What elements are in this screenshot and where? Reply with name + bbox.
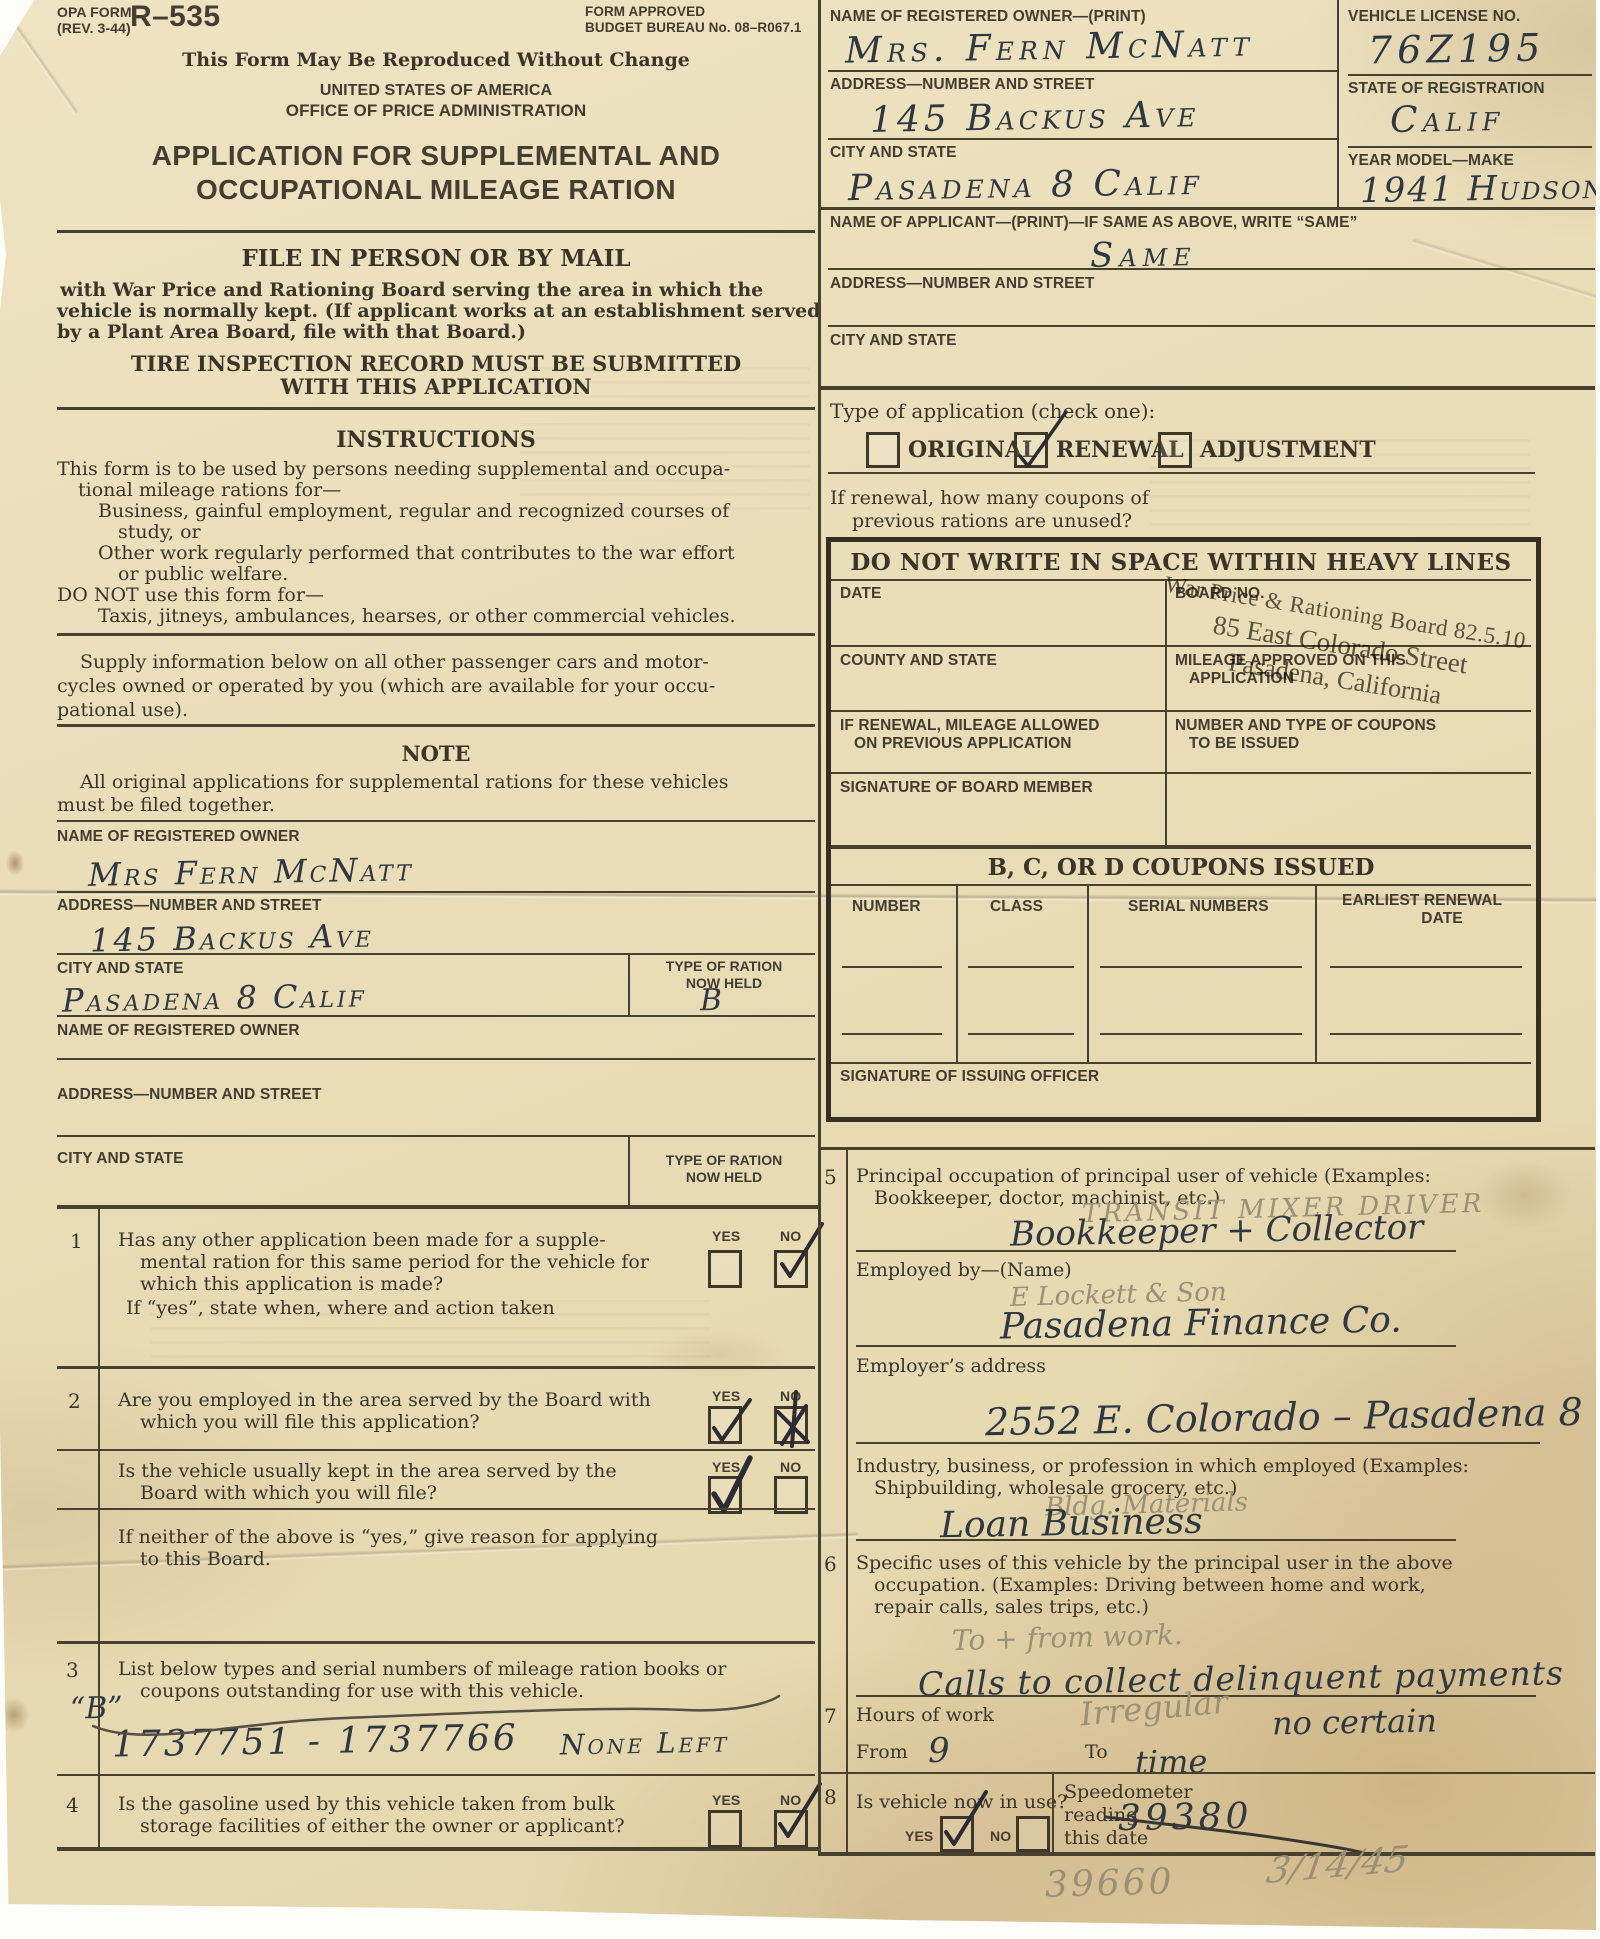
adjustment-label: ADJUSTMENT: [1200, 438, 1376, 463]
rule: [57, 820, 815, 822]
rule: [828, 268, 1595, 270]
rule: [818, 1147, 1595, 1150]
rule: [831, 1062, 1531, 1064]
renewal-mileage-label: IF RENEWAL, MILEAGE ALLOWEDON PREVIOUS A…: [840, 717, 1100, 753]
stain: [2, 845, 28, 881]
ration-label-line2: NOW HELD: [686, 975, 762, 991]
column-divider: [818, 0, 821, 1852]
q4-yes-checkbox: [708, 1810, 742, 1848]
rule: [1100, 966, 1302, 968]
q6-pencil-handwriting: To + from work.: [952, 1621, 1183, 1655]
applicant-name-label: NAME OF APPLICANT—(PRINT)—IF SAME AS ABO…: [830, 214, 1357, 232]
q5-ink-handwriting: Bookkeeper + Collector: [1010, 1210, 1424, 1251]
q1-yes-label: YES: [712, 1228, 740, 1244]
owner1-address-label: ADDRESS—NUMBER AND STREET: [57, 897, 322, 915]
q6-ink-handwriting: Calls to collect delinquent payments: [918, 1656, 1564, 1700]
file-line2: vehicle is normally kept. (If applicant …: [57, 301, 820, 323]
rule: [818, 1772, 1595, 1774]
owner1-city-label: CITY AND STATE: [57, 960, 184, 978]
paper-edge: [0, 1896, 1600, 1939]
instructions-line: Business, gainful employment, regular an…: [98, 501, 729, 522]
q2-number: 2: [68, 1390, 81, 1412]
rule: [856, 1345, 1456, 1347]
coupons-to-issue-line1: NUMBER AND TYPE OF COUPONS: [1175, 717, 1436, 734]
q7-to-label: To: [1085, 1742, 1108, 1763]
rule: [818, 386, 1595, 390]
tire-line1: TIRE INSPECTION RECORD MUST BE SUBMITTED: [57, 352, 815, 376]
fold-crease: [1412, 237, 1600, 305]
applicant-city-label: CITY AND STATE: [830, 332, 957, 350]
tire-line2: WITH THIS APPLICATION: [57, 375, 815, 399]
rule: [57, 1366, 815, 1369]
q4-line2: storage facilities of either the owner o…: [140, 1816, 625, 1837]
supply-line1: Supply information below on all other pa…: [80, 652, 709, 673]
renewal-mileage-line1: IF RENEWAL, MILEAGE ALLOWED: [840, 717, 1100, 734]
q6-line2: occupation. (Examples: Driving between h…: [874, 1575, 1426, 1596]
q2c-line1: If neither of the above is “yes,” give r…: [118, 1527, 658, 1548]
vehicle-license-label: VEHICLE LICENSE NO.: [1348, 8, 1520, 26]
q4-line1: Is the gasoline used by this vehicle tak…: [118, 1794, 615, 1815]
instructions-line: DO NOT use this form for—: [57, 585, 324, 606]
instructions-line: This form is to be used by persons needi…: [57, 459, 730, 480]
rule: [831, 772, 1531, 774]
rule: [628, 1135, 630, 1205]
q3-line1: List below types and serial numbers of m…: [118, 1659, 726, 1680]
q2c-line2: to this Board.: [140, 1549, 271, 1570]
form-code: OPA FORM(REV. 3-44): [57, 4, 132, 36]
rule: [856, 1539, 1456, 1541]
file-line3: by a Plant Area Board, file with that Bo…: [57, 322, 526, 344]
col-renewal-line2: DATE: [1381, 910, 1462, 927]
rule: [828, 70, 1337, 72]
q1-number: 1: [70, 1230, 83, 1252]
renewal-question-line2: previous rations are unused?: [852, 511, 1132, 532]
rule: [968, 1033, 1074, 1035]
coupons-to-issue-line2: TO BE ISSUED: [1175, 735, 1299, 752]
reg-city-label: CITY AND STATE: [830, 144, 957, 162]
q2-no-scribble-icon: [770, 1384, 816, 1450]
rule: [831, 845, 1531, 849]
ration-label-line1: TYPE OF RATION: [666, 1152, 782, 1168]
footer-pencil-number: 39660: [1045, 1864, 1175, 1903]
rule: [57, 1015, 815, 1017]
q3-strike-line: [85, 1686, 785, 1766]
reproduce-note: This Form May Be Reproduced Without Chan…: [57, 50, 815, 72]
rule: [842, 1033, 942, 1035]
owner1-address-value: 145 Backus Ave: [90, 920, 374, 957]
employed-by-label: Employed by—(Name): [856, 1260, 1072, 1281]
q1-line2: mental ration for this same period for t…: [140, 1252, 649, 1273]
issuing-officer-signature-label: SIGNATURE OF ISSUING OFFICER: [840, 1068, 1099, 1086]
q3-number: 3: [66, 1659, 79, 1681]
reg-address-label: ADDRESS—NUMBER AND STREET: [830, 76, 1095, 94]
date-label: DATE: [840, 585, 881, 603]
q1-yes-checkbox: [708, 1250, 742, 1288]
renewal-mileage-line2: ON PREVIOUS APPLICATION: [840, 735, 1072, 752]
rule: [828, 472, 1535, 474]
instructions-line: tional mileage rations for—: [78, 480, 341, 501]
reg-name-label: NAME OF REGISTERED OWNER—(PRINT): [830, 8, 1146, 26]
note-line1: All original applications for supplement…: [80, 772, 729, 793]
owner1-ration-label: TYPE OF RATIONNOW HELD: [636, 958, 812, 992]
reg-city-value: Pasadena 8 Calif: [848, 165, 1203, 207]
rule: [956, 884, 958, 1062]
rule: [1330, 1033, 1522, 1035]
q4-no-checkmark-icon: [772, 1780, 824, 1844]
rule: [831, 884, 1531, 886]
q2b-line2: Board with which you will file?: [140, 1483, 437, 1504]
q1-line3: which this application is made?: [140, 1274, 443, 1295]
q5-number: 5: [824, 1166, 837, 1188]
budget-approval: FORM APPROVEDBUDGET BUREAU No. 08–R067.1: [585, 4, 802, 35]
note-line2: must be filed together.: [57, 795, 275, 816]
q7-label: Hours of work: [856, 1705, 994, 1726]
q2b-line1: Is the vehicle usually kept in the area …: [118, 1461, 617, 1482]
reg-name-value: Mrs. Fern McNatt: [845, 26, 1255, 69]
form-code-line1: OPA FORM: [57, 4, 132, 20]
note-heading: NOTE: [57, 742, 815, 766]
rule: [57, 1449, 815, 1451]
col-renewal-line1: EARLIEST RENEWAL: [1342, 892, 1502, 909]
original-checkbox: [866, 432, 900, 468]
q7-from-value: 9: [928, 1734, 950, 1768]
q4-yes-label: YES: [712, 1792, 740, 1808]
owner1-name-label: NAME OF REGISTERED OWNER: [57, 828, 300, 846]
q2-line1: Are you employed in the area served by t…: [118, 1390, 651, 1411]
rule: [842, 966, 942, 968]
employed-by-ink-handwriting: Pasadena Finance Co.: [1000, 1302, 1402, 1345]
rule: [818, 207, 1595, 210]
reg-address-value: 145 Backus Ave: [870, 97, 1200, 139]
agency-line1: UNITED STATES OF AMERICA: [57, 82, 815, 100]
rule: [57, 230, 815, 233]
rule: [57, 407, 815, 410]
file-line1: with War Price and Rationing Board servi…: [60, 280, 763, 302]
q6-line3: repair calls, sales trips, etc.): [874, 1597, 1149, 1618]
rule: [831, 710, 1531, 712]
renewal-question-line1: If renewal, how many coupons of: [830, 488, 1149, 509]
q5-line1: Principal occupation of principal user o…: [856, 1166, 1431, 1187]
q7-from-label: From: [856, 1742, 908, 1763]
instructions-line: Other work regularly performed that cont…: [98, 543, 735, 564]
q8-no-label: NO: [990, 1828, 1011, 1844]
coupons-issued-label: NUMBER AND TYPE OF COUPONSTO BE ISSUED: [1175, 717, 1436, 753]
rule: [57, 1847, 818, 1851]
opa-form-page: OPA FORM(REV. 3-44) R–535 FORM APPROVEDB…: [0, 0, 1600, 1939]
rule: [57, 891, 815, 893]
rule: [1052, 1772, 1054, 1854]
supply-line3: pational use).: [57, 700, 188, 721]
vehicle-license-value: 76Z195: [1368, 28, 1546, 69]
owner2-address-label: ADDRESS—NUMBER AND STREET: [57, 1086, 322, 1104]
paper-edge: [1596, 0, 1600, 1939]
q4-number: 4: [66, 1794, 79, 1816]
rule: [856, 1250, 1456, 1252]
rule: [818, 1852, 1595, 1856]
rule: [57, 1774, 815, 1776]
rule: [1348, 146, 1592, 148]
ration-label-line1: TYPE OF RATION: [666, 958, 782, 974]
rule: [1337, 0, 1339, 207]
rule: [1330, 966, 1522, 968]
owner1-name-value: Mrs Fern McNatt: [88, 853, 414, 891]
q8-number: 8: [824, 1786, 837, 1808]
col-class-label: CLASS: [990, 898, 1043, 916]
rule: [968, 966, 1074, 968]
year-make-value: 1941 Hudson: [1360, 170, 1600, 208]
q2b-no-label: NO: [780, 1459, 801, 1475]
rule: [828, 138, 1337, 140]
rule: [57, 633, 815, 636]
rule: [57, 724, 815, 727]
rule: [1348, 74, 1592, 76]
adjustment-checkbox: [1158, 432, 1192, 468]
col-renewal-label: EARLIEST RENEWALDATE: [1342, 892, 1502, 928]
q1-line1: Has any other application been made for …: [118, 1230, 606, 1251]
owner2-name-label: NAME OF REGISTERED OWNER: [57, 1022, 300, 1040]
board-box-heading: DO NOT WRITE IN SPACE WITHIN HEAVY LINES: [826, 550, 1536, 576]
rule: [57, 953, 815, 955]
application-type-label: Type of application (check one):: [830, 400, 1155, 422]
owner1-city-value: Pasadena 8 Calif: [62, 979, 367, 1016]
q8-yes-checkmark-icon: [938, 1788, 990, 1850]
instructions-heading: INSTRUCTIONS: [57, 428, 815, 453]
q8-no-checkbox: [1016, 1816, 1050, 1852]
agency-line2: OFFICE OF PRICE ADMINISTRATION: [57, 101, 815, 121]
board-member-signature-label: SIGNATURE OF BOARD MEMBER: [840, 779, 1093, 797]
county-state-label: COUNTY AND STATE: [840, 652, 997, 670]
rule: [628, 953, 630, 1015]
instructions-line: study, or: [118, 522, 201, 543]
rule: [57, 1641, 815, 1644]
rule: [57, 1058, 815, 1060]
owner1-ration-value: B: [700, 986, 723, 1016]
form-number: R–535: [130, 0, 220, 35]
rule: [828, 325, 1595, 327]
industry-line1: Industry, business, or profession in whi…: [856, 1456, 1469, 1477]
rule: [57, 1508, 815, 1510]
coupons-issued-heading: B, C, OR D COUPONS ISSUED: [826, 855, 1536, 881]
approved-line1: FORM APPROVED: [585, 4, 705, 19]
q7-ink-handwriting1: no certain: [1272, 1705, 1438, 1740]
rule: [1087, 884, 1089, 1062]
owner2-ration-label: TYPE OF RATIONNOW HELD: [636, 1152, 812, 1186]
applicant-address-label: ADDRESS—NUMBER AND STREET: [830, 275, 1095, 293]
col-number-label: NUMBER: [852, 898, 921, 916]
employer-address-ink-handwriting: 2552 E. Colorado – Pasadena 8: [985, 1393, 1583, 1441]
renewal-checkmark-icon: [1012, 408, 1072, 470]
q1-sub: If “yes”, state when, where and action t…: [126, 1298, 555, 1319]
instructions-line: Taxis, jitneys, ambulances, hearses, or …: [98, 606, 736, 627]
footer-pencil-date: 3/14/45: [1264, 1842, 1411, 1890]
form-code-line2: (REV. 3-44): [57, 20, 131, 36]
q2-yes-checkmark-icon: [706, 1392, 754, 1448]
rule: [856, 1442, 1540, 1444]
form-title-line2: OCCUPATIONAL MILEAGE RATION: [57, 174, 815, 206]
rule: [57, 1205, 818, 1209]
employer-address-label: Employer’s address: [856, 1356, 1046, 1377]
rule: [1315, 884, 1317, 1062]
col-serial-label: SERIAL NUMBERS: [1128, 898, 1269, 916]
q6-line1: Specific uses of this vehicle by the pri…: [856, 1553, 1453, 1574]
ration-label-line2: NOW HELD: [686, 1169, 762, 1185]
owner2-city-label: CITY AND STATE: [57, 1150, 184, 1168]
rule: [57, 1135, 815, 1137]
q8-yes-label: YES: [905, 1828, 933, 1844]
registration-state-label: STATE OF REGISTRATION: [1348, 80, 1545, 98]
q7-number: 7: [824, 1705, 837, 1727]
paper-edge: [0, 1430, 10, 1939]
rule: [1100, 1033, 1302, 1035]
q2-line2: which you will file this application?: [140, 1412, 480, 1433]
form-title-line1: APPLICATION FOR SUPPLEMENTAL AND: [57, 140, 815, 172]
year-make-label: YEAR MODEL—MAKE: [1348, 152, 1514, 170]
paper-edge: [0, 200, 8, 310]
rule: [846, 1147, 848, 1852]
instructions-line: or public welfare.: [118, 564, 288, 585]
supply-line2: cycles owned or operated by you (which a…: [57, 676, 715, 697]
file-heading: FILE IN PERSON OR BY MAIL: [57, 246, 815, 272]
approved-line2: BUDGET BUREAU No. 08–R067.1: [585, 20, 802, 35]
registration-state-value: Calif: [1390, 101, 1505, 139]
q6-number: 6: [824, 1553, 837, 1575]
